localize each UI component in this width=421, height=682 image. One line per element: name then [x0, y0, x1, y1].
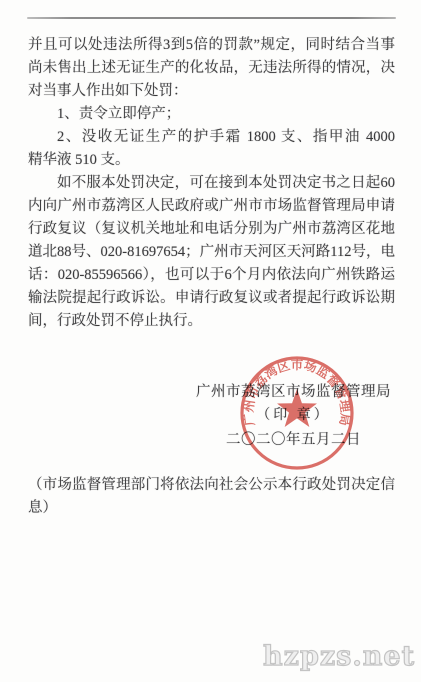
body-line: 对当事人作出如下处罚：: [28, 80, 395, 103]
body-line: 精华液 510 支。: [28, 149, 395, 172]
body-line-penalty-1: 1、责令立即停产；: [28, 103, 395, 126]
body-line-appeal: 如不服本处罚决定，可在接到本处罚决定书之日起60日: [28, 172, 395, 195]
body-line: 内向广州市荔湾区人民政府或广州市市场监督管理局申请: [28, 195, 395, 218]
top-rule-divider: [27, 17, 396, 19]
body-line: 行政复议（复议机关地址和电话分别为广州市荔湾区花地大: [28, 218, 395, 241]
body-line: 输法院提起行政诉讼。申请行政复议或者提起行政诉讼期: [28, 287, 395, 310]
official-seal: 广州市荔湾区市场监督管理局: [237, 353, 357, 473]
watermark-text: hzpzs.net: [263, 641, 415, 672]
body-line: 尚未售出上述无证生产的化妆品，无违法所得的情况，决定: [28, 57, 395, 80]
body-line-penalty-2: 2、没收无证生产的护手霜 1800 支、指甲油 4000 支、: [28, 126, 395, 149]
body-line: 间，行政处罚不停止执行。: [28, 310, 395, 333]
document-page: 并且可以处违法所得3到5倍的罚款”规定，同时结合当事人 尚未售出上述无证生产的化…: [0, 0, 421, 682]
footer-note-line: 息）: [28, 497, 395, 520]
body-line: 道北88号、020-81697654；广州市天河区天河路112号，电: [28, 241, 395, 264]
body-line: 并且可以处违法所得3到5倍的罚款”规定，同时结合当事人: [28, 34, 395, 57]
public-disclosure-note: （市场监督管理部门将依法向社会公示本行政处罚决定信 息）: [28, 474, 395, 520]
body-line: 话：020-85596566），也可以于6个月内依法向广州铁路运: [28, 264, 395, 287]
footer-note-line: （市场监督管理部门将依法向社会公示本行政处罚决定信: [28, 474, 395, 497]
body-text: 并且可以处违法所得3到5倍的罚款”规定，同时结合当事人 尚未售出上述无证生产的化…: [28, 34, 395, 333]
seal-star-icon: [277, 389, 317, 427]
